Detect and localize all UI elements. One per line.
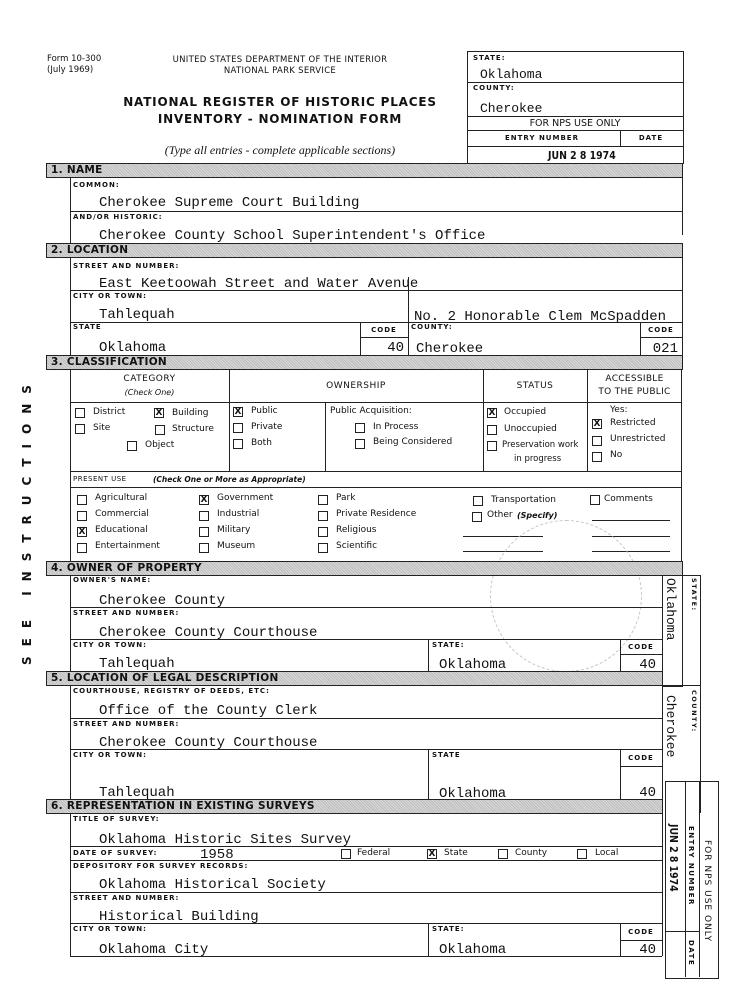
option-no-label: No [610,450,622,460]
use-comments-label: Comments [604,494,653,504]
checkbox-park[interactable] [318,495,328,505]
section-title: 4. OWNER OF PROPERTY [51,562,202,575]
section-4-header: 4. OWNER OF PROPERTY [46,561,683,576]
checkbox-transportation[interactable] [473,496,483,506]
use-scientific-label: Scientific [336,541,377,551]
owner-city-value[interactable]: Tahlequah [99,656,175,672]
option-preservation-label: Preservation work [502,440,578,450]
checkbox-museum[interactable] [199,543,209,553]
title-line-2: INVENTORY - NOMINATION FORM [100,111,460,128]
owner-name-label: OWNER'S NAME: [73,576,151,584]
legal-state-label: STATE [432,751,461,759]
use-private-residence-label: Private Residence [336,509,416,519]
margin-stamp-date: JUN 2 8 1974 [667,824,680,892]
ownership-header: OWNERSHIP [229,381,483,391]
use-religious-label: Religious [336,525,377,535]
date-label: DATE [620,134,682,142]
survey-county-label: County [515,848,547,858]
option-occupied-label: Occupied [504,407,546,417]
checkbox-restricted[interactable]: X [592,419,602,429]
state-value[interactable]: Oklahoma [99,340,166,356]
courthouse-label: COURTHOUSE, REGISTRY OF DEEDS, ETC: [73,687,270,695]
county-code-label: CODE [640,326,682,334]
checkbox-county[interactable] [498,849,508,859]
use-military-label: Military [217,525,250,535]
option-both-label: Both [251,438,272,448]
survey-local-label: Local [595,848,618,858]
checkbox-occupied[interactable]: X [487,408,497,418]
use-park-label: Park [336,493,355,503]
section-2-header: 2. LOCATION [46,243,683,258]
checkbox-educational[interactable]: X [77,527,87,537]
street-label: STREET AND NUMBER: [73,262,179,270]
checkbox-scientific[interactable] [318,543,328,553]
checkbox-state[interactable]: X [427,849,437,859]
checkbox-both[interactable] [233,439,243,449]
margin-state-value: Oklahoma [663,578,678,640]
depository-label: DEPOSITORY FOR SURVEY RECORDS: [73,862,248,870]
state-code-label: CODE [360,326,408,334]
use-educational-label: Educational [95,525,148,535]
section-1-header: 1. NAME [46,163,683,178]
nps-state-value: Oklahoma [480,67,542,82]
nps-use-only-label: FOR NPS USE ONLY [467,118,683,129]
checkbox-building[interactable]: X [154,408,164,418]
entry-number-label: ENTRY NUMBER [467,134,617,142]
survey-street-label: STREET AND NUMBER: [73,894,179,902]
common-name-label: COMMON: [73,181,120,189]
status-header: STATUS [483,381,587,391]
legal-street-label: STREET AND NUMBER: [73,720,179,728]
nps-county-label: COUNTY: [473,84,515,92]
option-in-process-label: In Process [373,422,418,432]
option-public-label: Public [251,406,278,416]
survey-state-field-label: STATE: [432,925,465,933]
use-museum-label: Museum [217,541,255,551]
use-industrial-label: Industrial [217,509,259,519]
present-use-hint: (Check One or More as Appropriate) [153,475,306,484]
legal-code-label: CODE [620,754,662,762]
section-title: 2. LOCATION [51,244,128,257]
checkbox-preservation-work[interactable] [487,441,497,451]
checkbox-unrestricted[interactable] [592,436,602,446]
nps-county-value: Cherokee [480,101,542,116]
form-number: Form 10-300 [47,54,101,65]
checkbox-agricultural[interactable] [77,495,87,505]
checkbox-structure[interactable] [155,425,165,435]
survey-date-label: DATE OF SURVEY: [73,849,157,857]
state-code-value[interactable]: 40 [360,340,404,356]
option-district-label: District [93,407,125,417]
legal-city-label: CITY OR TOWN: [73,751,147,759]
checkbox-government[interactable]: X [199,495,209,505]
survey-federal-label: Federal [357,848,390,858]
margin-nps-use-label: FOR NPS USE ONLY [702,840,712,942]
section-title: 1. NAME [51,164,103,177]
public-acquisition-label: Public Acquisition: [330,406,412,416]
form-title: NATIONAL REGISTER OF HISTORIC PLACES INV… [100,94,460,128]
nps-state-label: STATE: [473,54,506,62]
accessible-yes-label: Yes: [610,405,628,415]
courthouse-value[interactable]: Office of the County Clerk [99,703,317,719]
checkbox-other[interactable] [472,512,482,522]
checkbox-comments[interactable] [590,495,600,505]
use-government-label: Government [217,493,273,503]
checkbox-commercial[interactable] [77,511,87,521]
checkbox-industrial[interactable] [199,511,209,521]
option-unrestricted-label: Unrestricted [610,434,665,444]
option-private-label: Private [251,422,282,432]
checkbox-military[interactable] [199,527,209,537]
margin-date-label: DATE [687,940,695,966]
see-instructions-side-text: SEE INSTRUCTIONS [20,375,34,665]
margin-county-label: COUNTY: [690,690,698,733]
checkbox-local[interactable] [577,849,587,859]
instruction: (Type all entries - complete applicable … [110,143,450,158]
option-unoccupied-label: Unoccupied [504,424,557,434]
present-use-label: PRESENT USE [73,475,127,483]
city-label: CITY OR TOWN: [73,292,147,300]
option-site-label: Site [93,423,110,433]
agency: UNITED STATES DEPARTMENT OF THE INTERIOR… [130,55,430,77]
checkbox-district[interactable] [75,408,85,418]
option-preservation-label-2: in progress [514,454,561,464]
survey-title-label: TITLE OF SURVEY: [73,815,160,823]
section-3-header: 3. CLASSIFICATION [46,355,683,370]
owner-state-label: STATE: [432,641,465,649]
survey-code-label: CODE [620,928,662,936]
section-6-header: 6. REPRESENTATION IN EXISTING SURVEYS [46,799,663,814]
accessible-header-2: TO THE PUBLIC [587,387,682,397]
margin-entry-number-label: ENTRY NUMBER [687,826,695,906]
checkbox-in-process[interactable] [355,423,365,433]
use-transportation-label: Transportation [491,495,556,505]
section-5-header: 5. LOCATION OF LEGAL DESCRIPTION [46,671,663,686]
form-id: Form 10-300 (July 1969) [47,54,101,76]
section-title: 6. REPRESENTATION IN EXISTING SURVEYS [51,800,315,813]
checkbox-being-considered[interactable] [355,439,365,449]
title-line-1: NATIONAL REGISTER OF HISTORIC PLACES [100,94,460,111]
use-agricultural-label: Agricultural [95,493,147,503]
category-subheader: (Check One) [70,388,229,397]
checkbox-private-residence[interactable] [318,511,328,521]
common-name-value[interactable]: Cherokee Supreme Court Building [99,195,359,211]
category-header: CATEGORY [70,374,229,384]
checkbox-unoccupied[interactable] [487,425,497,435]
use-entertainment-label: Entertainment [95,541,160,551]
service: NATIONAL PARK SERVICE [130,66,430,77]
checkbox-no[interactable] [592,452,602,462]
checkbox-site[interactable] [75,424,85,434]
city-value[interactable]: Tahlequah [99,307,175,323]
historic-name-label: AND/OR HISTORIC: [73,213,163,221]
margin-state-label: STATE: [690,578,698,612]
owner-street-label: STREET AND NUMBER: [73,609,179,617]
state-label: STATE [73,323,102,331]
form-date: (July 1969) [47,65,101,76]
section-title: 3. CLASSIFICATION [51,356,167,369]
owner-code-label: CODE [620,643,662,651]
use-other-hint: (Specify) [517,511,557,520]
owner-city-label: CITY OR TOWN: [73,641,147,649]
survey-state-label: State [444,848,468,858]
margin-county-value: Cherokee [663,695,678,757]
comments-line[interactable] [592,520,670,521]
checkbox-entertainment[interactable] [77,543,87,553]
checkbox-public[interactable]: X [233,407,243,417]
option-restricted-label: Restricted [610,418,656,428]
received-stamp-date: JUN 2 8 1974 [548,149,616,162]
section-title: 5. LOCATION OF LEGAL DESCRIPTION [51,672,279,685]
use-commercial-label: Commercial [95,509,149,519]
use-other-label: Other [487,510,513,520]
accessible-header-1: ACCESSIBLE [587,374,682,384]
checkbox-federal[interactable] [341,849,351,859]
option-being-considered-label: Being Considered [373,437,452,447]
checkbox-object[interactable] [127,441,137,451]
survey-city-label: CITY OR TOWN: [73,925,147,933]
checkbox-religious[interactable] [318,527,328,537]
option-object-label: Object [145,440,174,450]
department: UNITED STATES DEPARTMENT OF THE INTERIOR [130,55,430,66]
option-structure-label: Structure [172,424,214,434]
depository-value[interactable]: Oklahoma Historical Society [99,877,326,893]
county-label: COUNTY: [411,323,453,331]
historic-name-value[interactable]: Cherokee County School Superintendent's … [99,228,485,244]
option-building-label: Building [172,408,209,418]
checkbox-private[interactable] [233,423,243,433]
